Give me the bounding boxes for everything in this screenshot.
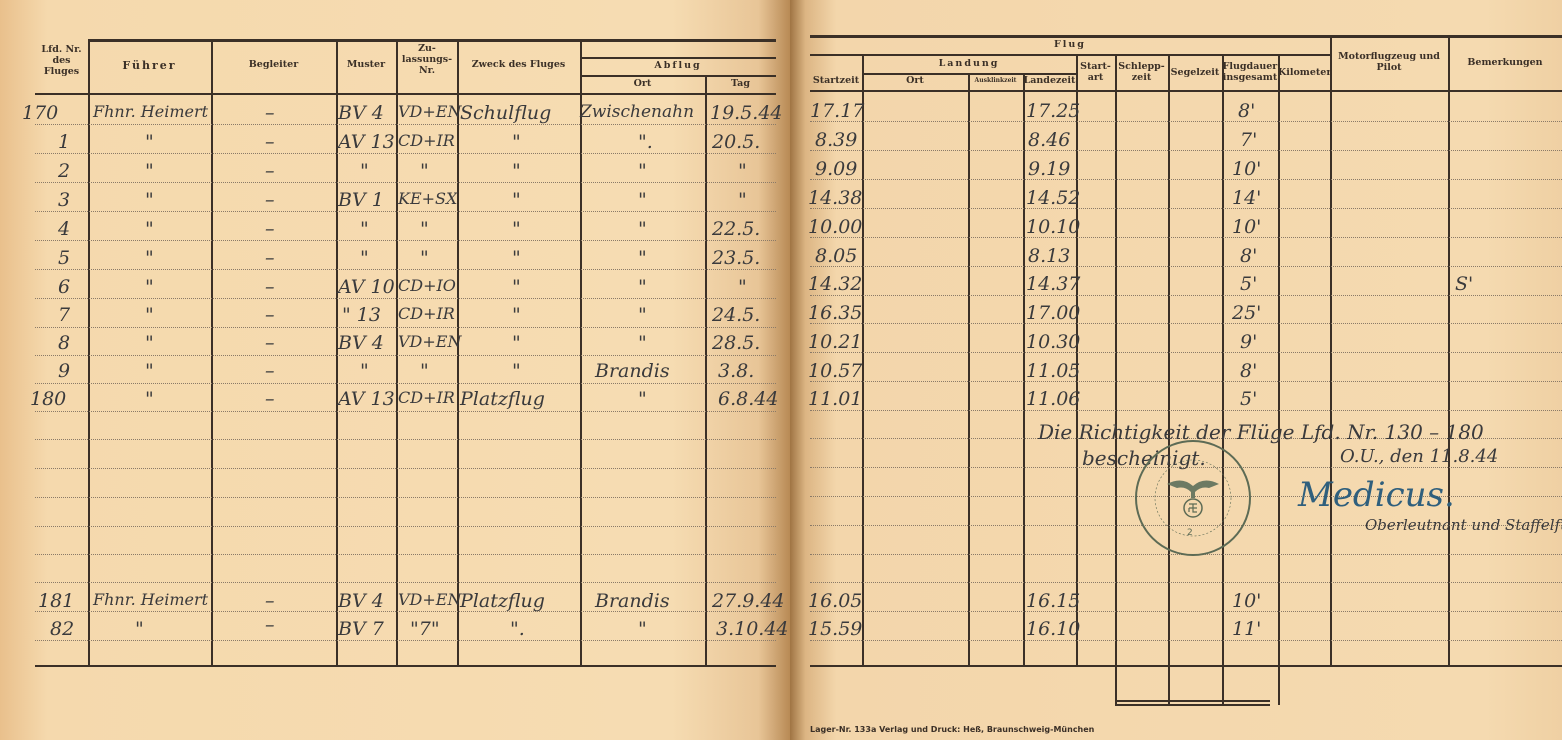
cell-landezeit: 14.52 <box>1026 189 1080 208</box>
cell-nr: 1 <box>58 133 70 152</box>
col-divider <box>1168 55 1170 705</box>
cell-tag: " <box>738 162 747 181</box>
cell-zulassung: " <box>420 162 429 181</box>
header-abflug-tag: Tag <box>705 79 776 90</box>
cell-zweck: " <box>512 306 521 325</box>
header-startart: Start- art <box>1076 62 1115 84</box>
cell-fuehrer: " <box>145 133 154 152</box>
cell-flugdauer: 8' <box>1238 102 1255 121</box>
row-rule <box>35 526 776 527</box>
cell-zulassung: CD+IR <box>398 306 455 322</box>
cell-landezeit: 8.13 <box>1028 247 1070 266</box>
header-landezeit: Landezeit <box>1023 76 1076 87</box>
cell-tag: 27.9.44 <box>712 592 785 611</box>
cell-zweck: Platzflug <box>460 592 545 611</box>
row-rule <box>810 352 1562 353</box>
cell-fuehrer: " <box>145 306 154 325</box>
cell-nr: 170 <box>22 104 58 123</box>
cell-zweck: " <box>512 249 521 268</box>
cell-muster: AV 13 <box>338 133 395 152</box>
cell-landezeit: 10.10 <box>1026 218 1080 237</box>
cell-landezeit: 11.05 <box>1026 362 1080 381</box>
cell-muster: " <box>360 249 369 268</box>
cell-zweck: " <box>512 191 521 210</box>
cell-landezeit: 16.15 <box>1026 592 1080 611</box>
cell-flugdauer: 7' <box>1240 131 1257 150</box>
row-rule <box>35 124 776 125</box>
header-zweck: Zweck des Fluges <box>457 60 580 71</box>
row-rule <box>35 497 776 498</box>
cell-fuehrer: Fhnr. Heimert <box>93 104 208 120</box>
col-divider <box>862 55 864 666</box>
cell-ort: " <box>638 620 647 639</box>
cell-zulassung: CD+IO <box>398 278 456 294</box>
table-bottom-rule <box>35 665 776 667</box>
col-divider <box>580 40 582 666</box>
cell-startzeit: 9.09 <box>815 160 857 179</box>
cell-ort: " <box>638 306 647 325</box>
col-divider <box>1023 74 1025 666</box>
cell-zulassung: CD+IR <box>398 390 455 406</box>
cell-startzeit: 10.00 <box>808 218 862 237</box>
cell-startzeit: 8.39 <box>815 131 857 150</box>
row-rule <box>810 295 1562 296</box>
cell-fuehrer: " <box>145 390 154 409</box>
cell-fuehrer: " <box>145 362 154 381</box>
header-motorflugzeug: Motorflugzeug und Pilot <box>1330 52 1448 74</box>
cell-flugdauer: 8' <box>1240 362 1257 381</box>
cell-tag: 3.10.44 <box>716 620 789 639</box>
cell-fuehrer: " <box>145 249 154 268</box>
cell-flugdauer: 10' <box>1232 592 1261 611</box>
cell-begleiter: – <box>265 390 275 409</box>
cell-startzeit: 17.17 <box>810 102 864 121</box>
cell-landezeit: 16.10 <box>1026 620 1080 639</box>
cell-zulassung: " <box>420 220 429 239</box>
cell-zweck: " <box>512 362 521 381</box>
cell-fuehrer: " <box>145 334 154 353</box>
cell-nr: 4 <box>58 220 70 239</box>
cell-startzeit: 15.59 <box>808 620 862 639</box>
cell-startzeit: 8.05 <box>815 247 857 266</box>
cell-landezeit: 8.46 <box>1028 131 1070 150</box>
cell-landezeit: 17.25 <box>1026 102 1080 121</box>
header-top-rule <box>88 39 776 42</box>
cell-zweck: " <box>512 278 521 297</box>
cell-nr: 180 <box>30 390 66 409</box>
cell-muster: " 13 <box>342 306 381 325</box>
header-lfd-nr: Lfd. Nr. des Fluges <box>35 45 88 78</box>
cell-zweck: " <box>512 220 521 239</box>
cell-flugdauer: 10' <box>1232 160 1261 179</box>
cell-tag: 6.8.44 <box>718 390 778 409</box>
col-divider <box>88 40 90 666</box>
cell-muster: AV 13 <box>338 390 395 409</box>
cell-flugdauer: 8' <box>1240 247 1257 266</box>
cell-muster: " <box>360 162 369 181</box>
col-divider <box>1222 55 1224 705</box>
cell-fuehrer: " <box>135 620 144 639</box>
cell-nr: 5 <box>58 249 70 268</box>
row-rule <box>35 582 776 583</box>
cell-ort: Zwischenahn <box>580 104 694 121</box>
cell-flugdauer: 5' <box>1240 390 1257 409</box>
cell-nr: 2 <box>58 162 70 181</box>
abflug-sub-rule <box>580 75 776 77</box>
row-rule <box>810 208 1562 209</box>
header-kilometer: Kilometer <box>1278 68 1330 79</box>
row-rule <box>35 411 776 412</box>
signature: Medicus. <box>1298 478 1455 512</box>
cell-nr: 3 <box>58 191 70 210</box>
cell-zulassung: KE+SX <box>398 191 457 207</box>
cell-begleiter: – <box>265 334 275 353</box>
cell-flugdauer: 14' <box>1232 189 1261 208</box>
row-rule <box>35 211 776 212</box>
cell-tag: 3.8. <box>718 362 754 381</box>
cell-zweck: ". <box>510 620 525 639</box>
cell-ort: " <box>638 390 647 409</box>
cell-fuehrer: " <box>145 162 154 181</box>
cell-ort: " <box>638 249 647 268</box>
cell-zulassung: VD+EN <box>398 592 461 608</box>
cell-startzeit: 14.38 <box>808 189 862 208</box>
row-rule <box>810 266 1562 267</box>
row-rule <box>810 237 1562 238</box>
row-rule <box>35 383 776 384</box>
cell-begleiter: – <box>265 249 275 268</box>
cell-landezeit: 10.30 <box>1026 333 1080 352</box>
cell-begleiter: – <box>265 104 275 123</box>
cell-tag: " <box>738 278 747 297</box>
cell-muster: " <box>360 220 369 239</box>
header-ausklinkzeit: Ausklinkzeit <box>968 78 1023 85</box>
cell-tag: " <box>738 191 747 210</box>
header-muster: Muster <box>336 60 396 71</box>
cell-startzeit: 10.57 <box>808 362 862 381</box>
cell-begleiter: – <box>265 191 275 210</box>
cell-zweck: Schulflug <box>460 104 551 123</box>
col-divider <box>1115 55 1117 705</box>
header-landung: Landung <box>862 59 1076 70</box>
row-rule <box>810 611 1562 612</box>
stamp-number: 2 <box>1187 528 1193 538</box>
eagle-stamp-icon <box>1137 442 1249 554</box>
certification-rank: Oberleutnant und Staffelführer <box>1365 518 1562 533</box>
header-abflug: Abflug <box>580 61 776 72</box>
cell-begleiter: – <box>265 306 275 325</box>
publisher-footer: Lager-Nr. 133a Verlag und Druck: Heß, Br… <box>810 725 1094 734</box>
row-rule <box>35 298 776 299</box>
cell-fuehrer: " <box>145 220 154 239</box>
header-fuehrer: Führer <box>88 60 211 73</box>
cell-tag: 28.5. <box>712 334 760 353</box>
cell-landezeit: 11.06 <box>1026 390 1080 409</box>
header-bottom-rule <box>35 93 776 95</box>
row-rule <box>35 640 776 641</box>
right-page: Flug Landung Startzeit Ort Ausklinkzeit … <box>790 0 1562 740</box>
cell-zweck: Platzflug <box>460 390 545 409</box>
cell-muster: BV 4 <box>338 334 384 353</box>
row-rule <box>35 554 776 555</box>
cell-tag: 23.5. <box>712 249 760 268</box>
row-rule <box>35 153 776 154</box>
cell-startzeit: 14.32 <box>808 275 862 294</box>
cell-nr: 9 <box>58 362 70 381</box>
col-divider <box>705 76 707 666</box>
cell-ort: Brandis <box>595 592 670 611</box>
cell-nr: 7 <box>58 306 70 325</box>
cell-flugdauer: 5' <box>1240 275 1257 294</box>
cell-muster: BV 4 <box>338 104 384 123</box>
cell-startzeit: 16.35 <box>808 304 862 323</box>
header-flug: Flug <box>810 40 1330 51</box>
cell-zulassung: " <box>420 249 429 268</box>
row-rule <box>35 240 776 241</box>
header-begleiter: Begleiter <box>211 60 336 71</box>
header-flugdauer: Flugdauer insgesamt <box>1222 62 1278 84</box>
cell-nr: 6 <box>58 278 70 297</box>
left-page: Lfd. Nr. des Fluges Führer Begleiter Mus… <box>0 0 790 740</box>
col-divider <box>1330 36 1332 666</box>
flug-sub-rule <box>810 54 1330 56</box>
row-rule <box>35 327 776 328</box>
cell-muster: BV 1 <box>338 191 384 210</box>
cell-nr: 82 <box>50 620 74 639</box>
header-schleppzeit: Schlepp- zeit <box>1115 62 1168 84</box>
cell-muster: AV 10 <box>338 278 395 297</box>
certification-place-date: O.U., den 11.8.44 <box>1340 448 1498 466</box>
cell-tag: 22.5. <box>712 220 760 239</box>
header-startzeit: Startzeit <box>810 76 862 87</box>
row-rule <box>35 439 776 440</box>
cell-fuehrer: " <box>145 278 154 297</box>
certification-line1: Die Richtigkeit der Flüge Lfd. Nr. 130 –… <box>1038 422 1484 442</box>
cell-zulassung: CD+IR <box>398 133 455 149</box>
cell-fuehrer: " <box>145 191 154 210</box>
cell-fuehrer: Fhnr. Heimert <box>93 592 208 608</box>
col-divider <box>1448 36 1450 666</box>
cell-begleiter: – <box>265 162 275 181</box>
cell-muster: BV 4 <box>338 592 384 611</box>
header-segelzeit: Segelzeit <box>1168 68 1222 79</box>
col-divider <box>211 40 213 666</box>
cell-ort: " <box>638 162 647 181</box>
cell-bemerkungen: S' <box>1455 275 1473 294</box>
cell-muster: " <box>360 362 369 381</box>
row-rule <box>35 269 776 270</box>
row-rule <box>810 410 1562 411</box>
cell-nr: 181 <box>38 592 74 611</box>
cell-zulassung: "7" <box>410 620 440 639</box>
row-rule <box>35 355 776 356</box>
row-rule <box>810 640 1562 641</box>
row-rule <box>810 179 1562 180</box>
total-box-bottom <box>1115 704 1270 706</box>
cell-begleiter: – <box>265 616 275 635</box>
row-rule <box>810 150 1562 151</box>
official-stamp: 2 <box>1135 440 1251 556</box>
row-rule <box>810 582 1562 583</box>
row-rule <box>35 468 776 469</box>
cell-zweck: " <box>512 162 521 181</box>
row-rule <box>810 381 1562 382</box>
abflug-top-rule <box>580 57 776 59</box>
cell-begleiter: – <box>265 278 275 297</box>
cell-flugdauer: 25' <box>1232 304 1261 323</box>
cell-ort: ". <box>638 133 653 152</box>
cell-landezeit: 14.37 <box>1026 275 1080 294</box>
cell-startzeit: 11.01 <box>808 390 862 409</box>
cell-zulassung: VD+EN <box>398 334 461 350</box>
col-divider <box>1278 55 1280 705</box>
cell-begleiter: – <box>265 592 275 611</box>
col-divider <box>968 74 970 666</box>
cell-flugdauer: 11' <box>1232 620 1261 639</box>
cell-tag: 24.5. <box>712 306 760 325</box>
cell-flugdauer: 10' <box>1232 218 1261 237</box>
cell-begleiter: – <box>265 220 275 239</box>
row-rule <box>810 323 1562 324</box>
cell-landezeit: 17.00 <box>1026 304 1080 323</box>
header-zulassungs-nr: Zu- lassungs- Nr. <box>398 44 456 77</box>
cell-zweck: " <box>512 334 521 353</box>
row-rule <box>35 182 776 183</box>
col-divider <box>457 40 459 666</box>
row-rule <box>810 121 1562 122</box>
header-ort: Ort <box>862 76 968 87</box>
cell-startzeit: 16.05 <box>808 592 862 611</box>
cell-tag: 20.5. <box>712 133 760 152</box>
cell-ort: Brandis <box>595 362 670 381</box>
cell-muster: BV 7 <box>338 620 384 639</box>
cell-ort: " <box>638 191 647 210</box>
cell-flugdauer: 9' <box>1240 333 1257 352</box>
cell-begleiter: – <box>265 133 275 152</box>
cell-ort: " <box>638 334 647 353</box>
cell-tag: 19.5.44 <box>710 104 783 123</box>
cell-zulassung: VD+EN <box>398 104 461 120</box>
cell-zweck: " <box>512 133 521 152</box>
cell-startzeit: 10.21 <box>808 333 862 352</box>
cell-landezeit: 9.19 <box>1028 160 1070 179</box>
header-bemerkungen: Bemerkungen <box>1448 58 1562 69</box>
cell-ort: " <box>638 278 647 297</box>
cell-begleiter: – <box>265 362 275 381</box>
cell-nr: 8 <box>58 334 70 353</box>
cell-zulassung: " <box>420 362 429 381</box>
header-abflug-ort: Ort <box>580 79 705 90</box>
cell-ort: " <box>638 220 647 239</box>
total-box-bottom-inner <box>1115 700 1270 702</box>
